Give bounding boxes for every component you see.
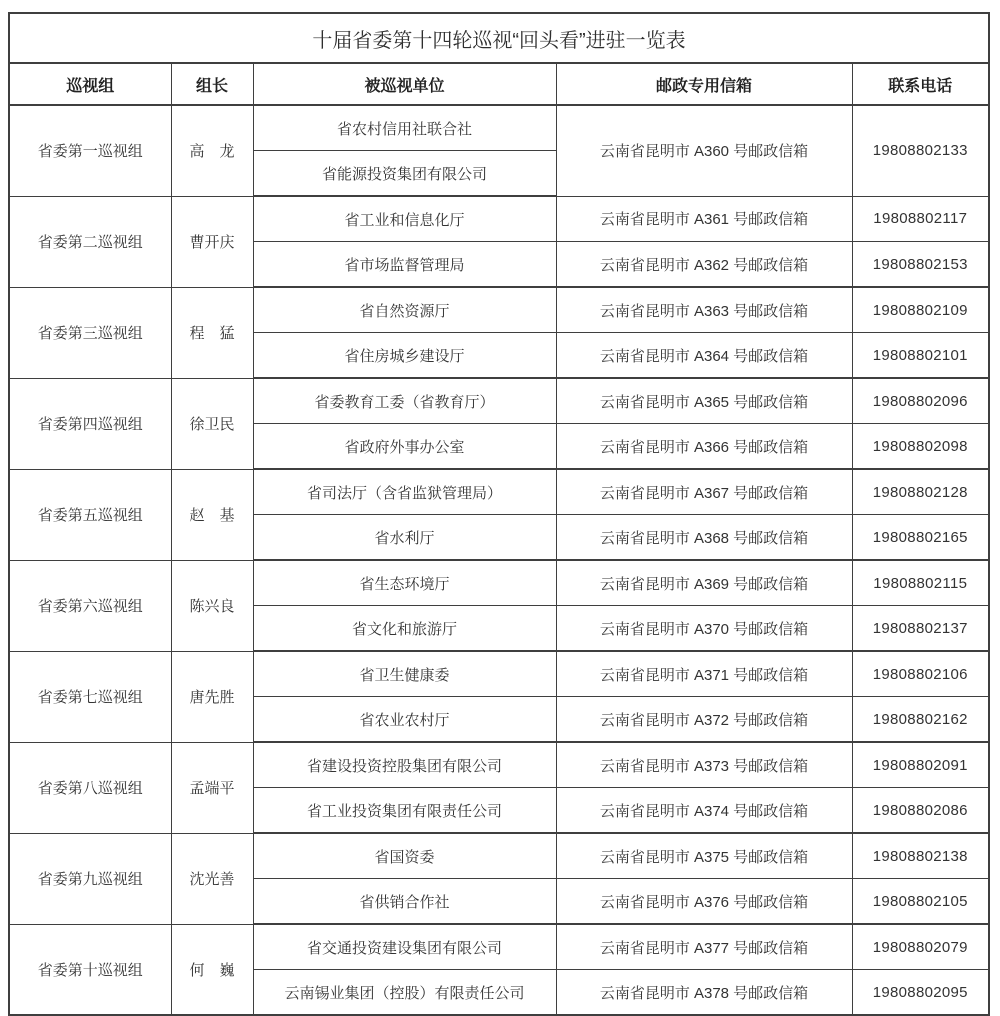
phone-cell: 19808802133 xyxy=(852,105,989,196)
leader-cell: 孟端平 xyxy=(171,742,253,833)
unit-cell: 省国资委 xyxy=(253,833,556,879)
unit-cell: 省水利厅 xyxy=(253,515,556,561)
mailbox-cell: 云南省昆明市 A372 号邮政信箱 xyxy=(556,697,852,743)
phone-cell: 19808802095 xyxy=(852,970,989,1016)
group-name-cell: 省委第一巡视组 xyxy=(9,105,171,196)
leader-cell: 曹开庆 xyxy=(171,196,253,287)
phone-cell: 19808802109 xyxy=(852,287,989,333)
mailbox-cell: 云南省昆明市 A370 号邮政信箱 xyxy=(556,606,852,652)
table-row: 省委第十巡视组 何 巍 省交通投资建设集团有限公司 云南省昆明市 A377 号邮… xyxy=(9,924,989,970)
table-row: 省委第七巡视组 唐先胜 省卫生健康委 云南省昆明市 A371 号邮政信箱 198… xyxy=(9,651,989,697)
col-header-leader: 组长 xyxy=(171,63,253,105)
phone-cell: 19808802105 xyxy=(852,879,989,925)
unit-cell: 省工业投资集团有限责任公司 xyxy=(253,788,556,834)
mailbox-cell: 云南省昆明市 A363 号邮政信箱 xyxy=(556,287,852,333)
phone-cell: 19808802162 xyxy=(852,697,989,743)
mailbox-cell: 云南省昆明市 A377 号邮政信箱 xyxy=(556,924,852,970)
group-name-cell: 省委第五巡视组 xyxy=(9,469,171,560)
phone-cell: 19808802101 xyxy=(852,333,989,379)
mailbox-cell: 云南省昆明市 A378 号邮政信箱 xyxy=(556,970,852,1016)
unit-cell: 省农村信用社联合社 xyxy=(253,105,556,151)
leader-cell: 陈兴良 xyxy=(171,560,253,651)
phone-cell: 19808802128 xyxy=(852,469,989,515)
mailbox-cell: 云南省昆明市 A360 号邮政信箱 xyxy=(556,105,852,196)
table-row: 省委第二巡视组 曹开庆 省工业和信息化厅 云南省昆明市 A361 号邮政信箱 1… xyxy=(9,196,989,242)
unit-cell: 省生态环境厅 xyxy=(253,560,556,606)
mailbox-cell: 云南省昆明市 A367 号邮政信箱 xyxy=(556,469,852,515)
group-name-cell: 省委第十巡视组 xyxy=(9,924,171,1015)
leader-cell: 高 龙 xyxy=(171,105,253,196)
col-header-inspection-group: 巡视组 xyxy=(9,63,171,105)
unit-cell: 省自然资源厅 xyxy=(253,287,556,333)
leader-cell: 徐卫民 xyxy=(171,378,253,469)
col-header-inspected-unit: 被巡视单位 xyxy=(253,63,556,105)
phone-cell: 19808802165 xyxy=(852,515,989,561)
leader-cell: 唐先胜 xyxy=(171,651,253,742)
mailbox-cell: 云南省昆明市 A374 号邮政信箱 xyxy=(556,788,852,834)
leader-cell: 何 巍 xyxy=(171,924,253,1015)
mailbox-cell: 云南省昆明市 A376 号邮政信箱 xyxy=(556,879,852,925)
group-name-cell: 省委第二巡视组 xyxy=(9,196,171,287)
unit-cell: 云南锡业集团（控股）有限责任公司 xyxy=(253,970,556,1016)
group-name-cell: 省委第六巡视组 xyxy=(9,560,171,651)
phone-cell: 19808802117 xyxy=(852,196,989,242)
phone-cell: 19808802086 xyxy=(852,788,989,834)
group-name-cell: 省委第八巡视组 xyxy=(9,742,171,833)
table-row: 省委第六巡视组 陈兴良 省生态环境厅 云南省昆明市 A369 号邮政信箱 198… xyxy=(9,560,989,606)
group-name-cell: 省委第四巡视组 xyxy=(9,378,171,469)
inspection-table: 十届省委第十四轮巡视“回头看”进驻一览表 巡视组 组长 被巡视单位 邮政专用信箱… xyxy=(8,12,990,1016)
unit-cell: 省供销合作社 xyxy=(253,879,556,925)
phone-cell: 19808802106 xyxy=(852,651,989,697)
table-row: 省委第五巡视组 赵 基 省司法厅（含省监狱管理局） 云南省昆明市 A367 号邮… xyxy=(9,469,989,515)
header-row: 巡视组 组长 被巡视单位 邮政专用信箱 联系电话 xyxy=(9,63,989,105)
unit-cell: 省政府外事办公室 xyxy=(253,424,556,470)
unit-cell: 省农业农村厅 xyxy=(253,697,556,743)
table-title: 十届省委第十四轮巡视“回头看”进驻一览表 xyxy=(9,13,989,63)
mailbox-cell: 云南省昆明市 A368 号邮政信箱 xyxy=(556,515,852,561)
unit-cell: 省工业和信息化厅 xyxy=(253,196,556,242)
phone-cell: 19808802153 xyxy=(852,242,989,288)
unit-cell: 省文化和旅游厅 xyxy=(253,606,556,652)
table-row: 省委第八巡视组 孟端平 省建设投资控股集团有限公司 云南省昆明市 A373 号邮… xyxy=(9,742,989,788)
unit-cell: 省司法厅（含省监狱管理局） xyxy=(253,469,556,515)
phone-cell: 19808802096 xyxy=(852,378,989,424)
unit-cell: 省建设投资控股集团有限公司 xyxy=(253,742,556,788)
col-header-mailbox: 邮政专用信箱 xyxy=(556,63,852,105)
phone-cell: 19808802079 xyxy=(852,924,989,970)
phone-cell: 19808802138 xyxy=(852,833,989,879)
unit-cell: 省市场监督管理局 xyxy=(253,242,556,288)
mailbox-cell: 云南省昆明市 A364 号邮政信箱 xyxy=(556,333,852,379)
phone-cell: 19808802091 xyxy=(852,742,989,788)
phone-cell: 19808802115 xyxy=(852,560,989,606)
mailbox-cell: 云南省昆明市 A361 号邮政信箱 xyxy=(556,196,852,242)
table-row: 省委第四巡视组 徐卫民 省委教育工委（省教育厅） 云南省昆明市 A365 号邮政… xyxy=(9,378,989,424)
mailbox-cell: 云南省昆明市 A375 号邮政信箱 xyxy=(556,833,852,879)
unit-cell: 省委教育工委（省教育厅） xyxy=(253,378,556,424)
table-row: 省委第三巡视组 程 猛 省自然资源厅 云南省昆明市 A363 号邮政信箱 198… xyxy=(9,287,989,333)
leader-cell: 赵 基 xyxy=(171,469,253,560)
unit-cell: 省住房城乡建设厅 xyxy=(253,333,556,379)
mailbox-cell: 云南省昆明市 A371 号邮政信箱 xyxy=(556,651,852,697)
leader-cell: 沈光善 xyxy=(171,833,253,924)
unit-cell: 省卫生健康委 xyxy=(253,651,556,697)
mailbox-cell: 云南省昆明市 A373 号邮政信箱 xyxy=(556,742,852,788)
col-header-phone: 联系电话 xyxy=(852,63,989,105)
mailbox-cell: 云南省昆明市 A369 号邮政信箱 xyxy=(556,560,852,606)
document-page: 十届省委第十四轮巡视“回头看”进驻一览表 巡视组 组长 被巡视单位 邮政专用信箱… xyxy=(0,0,1000,957)
title-row: 十届省委第十四轮巡视“回头看”进驻一览表 xyxy=(9,13,989,63)
mailbox-cell: 云南省昆明市 A362 号邮政信箱 xyxy=(556,242,852,288)
unit-cell: 省能源投资集团有限公司 xyxy=(253,151,556,197)
leader-cell: 程 猛 xyxy=(171,287,253,378)
group-name-cell: 省委第七巡视组 xyxy=(9,651,171,742)
phone-cell: 19808802098 xyxy=(852,424,989,470)
mailbox-cell: 云南省昆明市 A366 号邮政信箱 xyxy=(556,424,852,470)
table-row: 省委第九巡视组 沈光善 省国资委 云南省昆明市 A375 号邮政信箱 19808… xyxy=(9,833,989,879)
group-name-cell: 省委第三巡视组 xyxy=(9,287,171,378)
group-name-cell: 省委第九巡视组 xyxy=(9,833,171,924)
unit-cell: 省交通投资建设集团有限公司 xyxy=(253,924,556,970)
phone-cell: 19808802137 xyxy=(852,606,989,652)
mailbox-cell: 云南省昆明市 A365 号邮政信箱 xyxy=(556,378,852,424)
table-row: 省委第一巡视组 高 龙 省农村信用社联合社 云南省昆明市 A360 号邮政信箱 … xyxy=(9,105,989,151)
